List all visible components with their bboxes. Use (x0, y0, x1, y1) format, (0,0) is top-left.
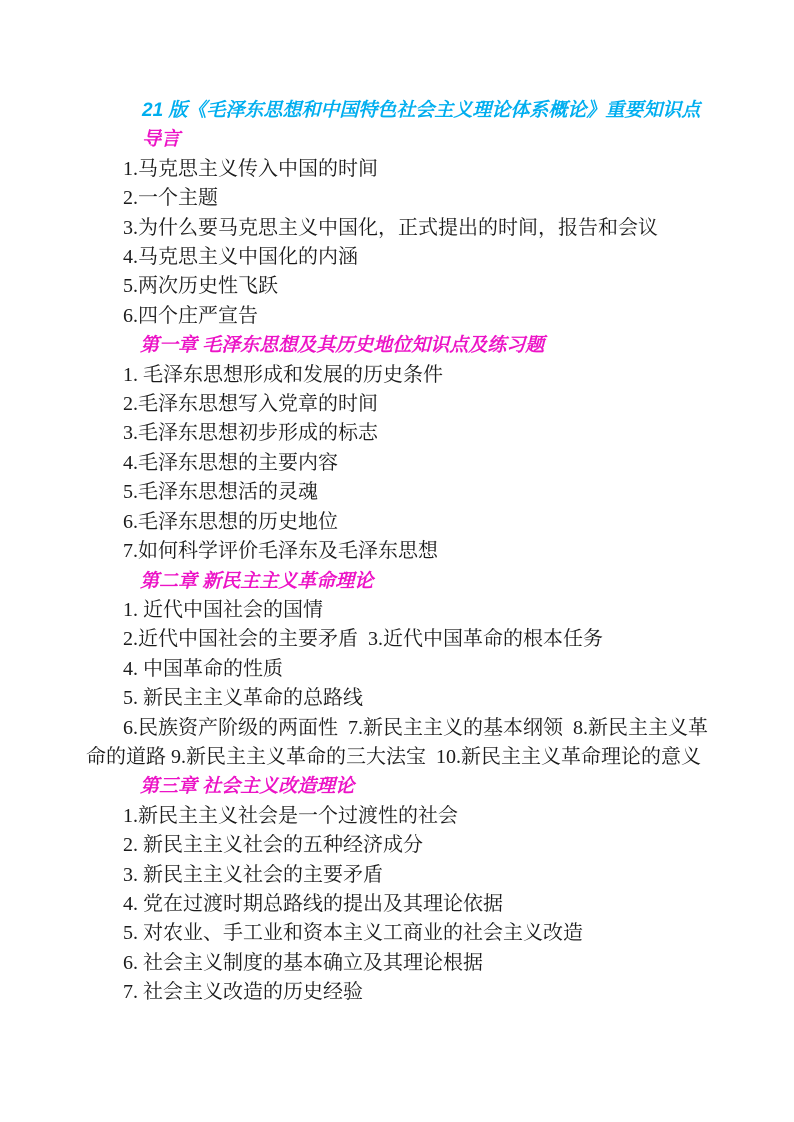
section-chapter-2: 第二章 新民主主义革命理论 1. 近代中国社会的国情 2.近代中国社会的主要矛盾… (86, 567, 708, 773)
list-item: 3.为什么要马克思主义中国化，正式提出的时间，报告和会议 (86, 214, 708, 243)
list-item: 6.四个庄严宣告 (86, 302, 708, 331)
list-item: 2.近代中国社会的主要矛盾 3.近代中国革命的根本任务 (86, 625, 708, 654)
list-item: 5. 新民主主义革命的总路线 (86, 684, 708, 713)
list-item: 7.如何科学评价毛泽东及毛泽东思想 (86, 537, 708, 566)
list-item: 5.毛泽东思想活的灵魂 (86, 478, 708, 507)
list-item: 4.毛泽东思想的主要内容 (86, 449, 708, 478)
list-item: 1. 近代中国社会的国情 (86, 596, 708, 625)
list-item: 6. 社会主义制度的基本确立及其理论根据 (86, 949, 708, 978)
list-item: 3.毛泽东思想初步形成的标志 (86, 419, 708, 448)
list-item: 4. 党在过渡时期总路线的提出及其理论依据 (86, 890, 708, 919)
section-heading-chapter-1: 第一章 毛泽东思想及其历史地位知识点及练习题 (86, 331, 708, 360)
list-item: 2. 新民主主义社会的五种经济成分 (86, 831, 708, 860)
section-heading-intro: 导言 (86, 125, 708, 154)
section-chapter-3: 第三章 社会主义改造理论 1.新民主主义社会是一个过渡性的社会 2. 新民主主义… (86, 772, 708, 1007)
list-item: 5.两次历史性飞跃 (86, 272, 708, 301)
list-item: 2.一个主题 (86, 184, 708, 213)
list-item: 3. 新民主主义社会的主要矛盾 (86, 861, 708, 890)
section-chapter-1: 第一章 毛泽东思想及其历史地位知识点及练习题 1. 毛泽东思想形成和发展的历史条… (86, 331, 708, 566)
document-page: 21 版《毛泽东思想和中国特色社会主义理论体系概论》重要知识点 导言 1.马克思… (0, 0, 794, 1122)
list-item: 1.马克思主义传入中国的时间 (86, 155, 708, 184)
list-item: 4.马克思主义中国化的内涵 (86, 243, 708, 272)
list-item: 6.民族资产阶级的两面性 7.新民主主义的基本纲领 8.新民主主义革 (86, 714, 708, 743)
list-item: 5. 对农业、手工业和资本主义工商业的社会主义改造 (86, 919, 708, 948)
section-heading-chapter-3: 第三章 社会主义改造理论 (86, 772, 708, 801)
section-heading-chapter-2: 第二章 新民主主义革命理论 (86, 567, 708, 596)
document-title: 21 版《毛泽东思想和中国特色社会主义理论体系概论》重要知识点 (86, 96, 708, 125)
list-item: 4. 中国革命的性质 (86, 655, 708, 684)
list-item: 2.毛泽东思想写入党章的时间 (86, 390, 708, 419)
list-item: 7. 社会主义改造的历史经验 (86, 978, 708, 1007)
list-item: 1. 毛泽东思想形成和发展的历史条件 (86, 361, 708, 390)
section-intro: 导言 1.马克思主义传入中国的时间 2.一个主题 3.为什么要马克思主义中国化，… (86, 125, 708, 331)
list-item: 1.新民主主义社会是一个过渡性的社会 (86, 802, 708, 831)
list-item-continuation: 命的道路 9.新民主主义革命的三大法宝 10.新民主主义革命理论的意义 (86, 743, 708, 772)
list-item: 6.毛泽东思想的历史地位 (86, 508, 708, 537)
